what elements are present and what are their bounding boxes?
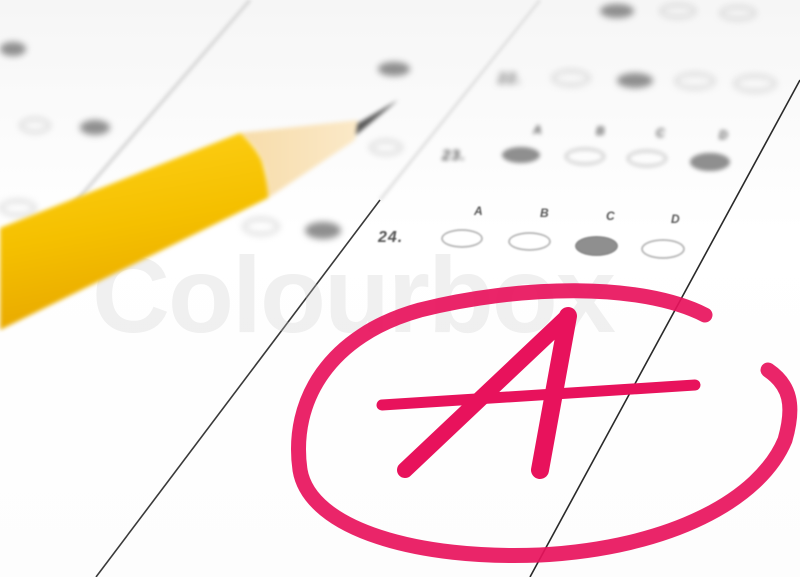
photo-scene: 22. A B C D 23. A B C D 24. Colourbox (0, 0, 800, 577)
grade-text: A+ (0, 0, 20, 4)
grade-mark: A+ (0, 0, 800, 577)
